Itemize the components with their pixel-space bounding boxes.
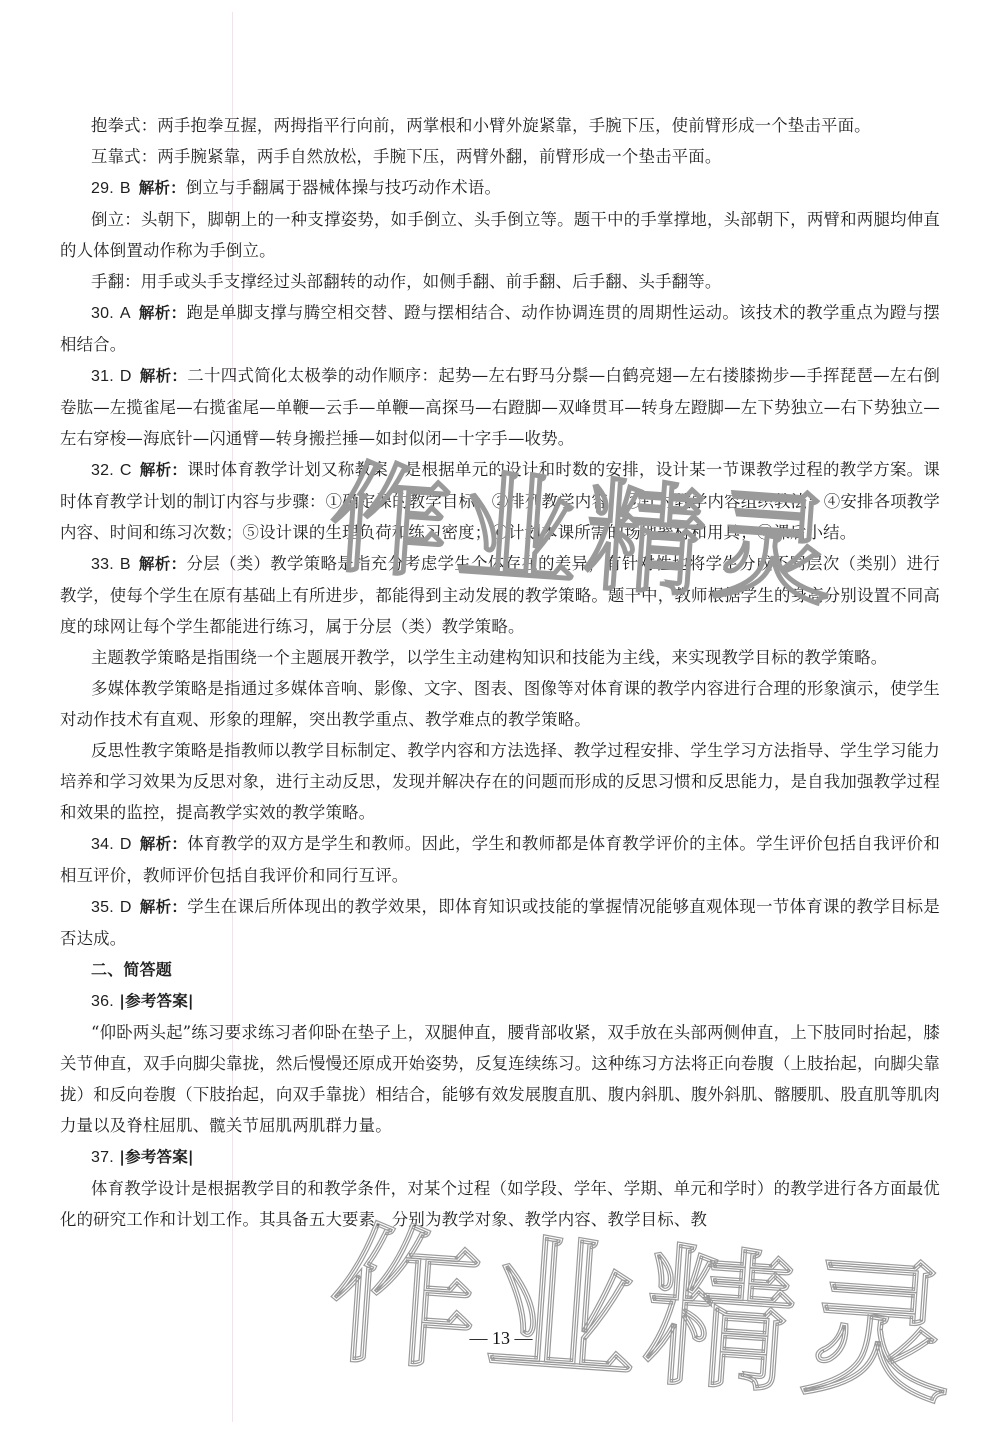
answer-letter: B bbox=[120, 180, 131, 197]
question-number: 34. bbox=[91, 836, 114, 853]
paragraph-shoufan: 手翻：用手或头手支撑经过头部翻转的动作，如侧手翻、前手翻、后手翻、头手翻等。 bbox=[60, 266, 940, 297]
answer-letter: C bbox=[120, 462, 132, 479]
paragraph-theme-strategy: 主题教学策略是指围绕一个主题展开教学，以学生主动建构知识和技能为主线，来实现教学… bbox=[60, 642, 940, 673]
question-number: 36. bbox=[91, 993, 114, 1010]
answer-31: 31.D解析：二十四式简化太极拳的动作顺序：起势—左右野马分鬃—白鹤亮翅—左右搂… bbox=[60, 360, 940, 454]
analysis-label: 解析： bbox=[140, 835, 188, 853]
answer-32: 32.C解析：课时体育教学计划又称教案，是根据单元的设计和时数的安排，设计某一节… bbox=[60, 454, 940, 548]
paragraph-hukaoshi: 互靠式：两手腕紧靠，两手自然放松，手腕下压，两臂外翻，前臂形成一个垫击平面。 bbox=[60, 141, 940, 172]
paragraph-answer-37: 体育教学设计是根据教学目的和教学条件，对某个过程（如学段、学年、学期、单元和学时… bbox=[60, 1173, 940, 1235]
answer-30: 30.A解析：跑是单脚支撑与腾空相交替、蹬与摆相结合、动作协调连贯的周期性运动。… bbox=[60, 297, 940, 360]
question-number: 35. bbox=[91, 899, 114, 916]
answer-letter: D bbox=[120, 836, 132, 853]
answer-letter: B bbox=[120, 556, 131, 573]
reference-answer-label: |参考答案| bbox=[119, 1148, 194, 1166]
analysis-label: 解析： bbox=[140, 461, 188, 479]
section-title: 二、简答题 bbox=[91, 960, 172, 979]
answer-29: 29.B解析：倒立与手翻属于器械体操与技巧动作术语。 bbox=[60, 172, 940, 204]
question-number: 32. bbox=[91, 462, 114, 479]
paragraph-reflective-strategy: 反思性教字策略是指教师以教学目标制定、教学内容和方法选择、教学过程安排、学生学习… bbox=[60, 735, 940, 828]
analysis-label: 解析： bbox=[139, 304, 187, 322]
paragraph-daoli: 倒立：头朝下，脚朝上的一种支撑姿势，如手倒立、头手倒立等。题干中的手掌撑地，头部… bbox=[60, 204, 940, 266]
question-number: 33. bbox=[91, 556, 114, 573]
analysis-text: 课时体育教学计划又称教案，是根据单元的设计和时数的安排，设计某一节课教学过程的教… bbox=[60, 460, 940, 542]
analysis-label: 解析： bbox=[140, 367, 188, 385]
question-number: 30. bbox=[91, 305, 114, 322]
page-number-footer: — 13 — bbox=[0, 1328, 1002, 1349]
paragraph-answer-36: “仰卧两头起”练习要求练习者仰卧在垫子上，双腿伸直，腰背部收紧，双手放在头部两侧… bbox=[60, 1017, 940, 1141]
analysis-label: 解析： bbox=[140, 898, 188, 916]
reference-answer-36: 36. |参考答案| bbox=[60, 985, 940, 1017]
answer-35: 35.D解析：学生在课后所体现出的教学效果，即体育知识或技能的掌握情况能够直观体… bbox=[60, 891, 940, 954]
answer-letter: D bbox=[120, 368, 132, 385]
analysis-text: 体育教学的双方是学生和教师。因此，学生和教师都是体育教学评价的主体。学生评价包括… bbox=[60, 834, 940, 885]
paragraph-baoquanshi: 抱拳式：两手抱拳互握，两拇指平行向前，两掌根和小臂外旋紧靠，手腕下压，使前臂形成… bbox=[60, 110, 940, 141]
analysis-text: 学生在课后所体现出的教学效果，即体育知识或技能的掌握情况能够直观体现一节体育课的… bbox=[60, 897, 940, 948]
analysis-text: 分层（类）教学策略是指充分考虑学生个体存在的差异，有针对性地将学生分成不同层次（… bbox=[60, 554, 940, 636]
reference-answer-label: |参考答案| bbox=[119, 992, 194, 1010]
question-number: 31. bbox=[91, 368, 114, 385]
section-heading-short-answer: 二、简答题 bbox=[60, 954, 940, 985]
analysis-label: 解析： bbox=[139, 555, 187, 573]
analysis-text: 跑是单脚支撑与腾空相交替、蹬与摆相结合、动作协调连贯的周期性运动。该技术的教学重… bbox=[60, 303, 940, 354]
analysis-text: 倒立与手翻属于器械体操与技巧动作术语。 bbox=[186, 178, 501, 197]
question-number: 37. bbox=[91, 1149, 114, 1166]
analysis-text: 二十四式简化太极拳的动作顺序：起势—左右野马分鬃—白鹤亮翅—左右搂膝拗步—手挥琵… bbox=[60, 366, 940, 448]
answer-33: 33.B解析：分层（类）教学策略是指充分考虑学生个体存在的差异，有针对性地将学生… bbox=[60, 548, 940, 642]
answer-34: 34.D解析：体育教学的双方是学生和教师。因此，学生和教师都是体育教学评价的主体… bbox=[60, 828, 940, 891]
paragraph-multimedia-strategy: 多媒体教学策略是指通过多媒体音响、影像、文字、图表、图像等对体育课的教学内容进行… bbox=[60, 673, 940, 735]
analysis-label: 解析： bbox=[139, 179, 186, 197]
answer-letter: A bbox=[120, 305, 131, 322]
document-page: 抱拳式：两手抱拳互握，两拇指平行向前，两掌根和小臂外旋紧靠，手腕下压，使前臂形成… bbox=[60, 110, 940, 1235]
question-number: 29. bbox=[91, 180, 114, 197]
reference-answer-37: 37. |参考答案| bbox=[60, 1141, 940, 1173]
answer-letter: D bbox=[120, 899, 132, 916]
